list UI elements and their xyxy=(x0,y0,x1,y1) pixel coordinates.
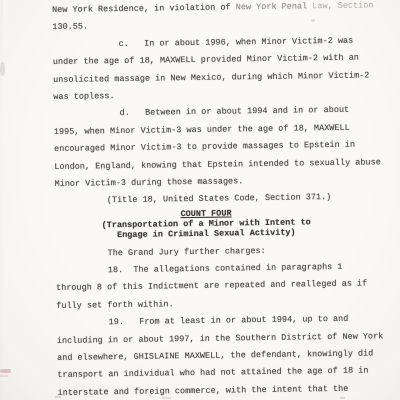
scan-edge-shading xyxy=(0,0,3,400)
doc-line-faded-text: New York Penal xyxy=(236,1,313,12)
scan-bottom-dash-artifact xyxy=(162,397,171,399)
scan-pink-mark-artifact xyxy=(0,369,11,373)
doc-line-text: New York Residence, in violation of xyxy=(52,2,236,15)
doc-line-faded-text: Law, Section xyxy=(312,0,373,11)
scan-bottom-dash-artifact xyxy=(55,396,61,398)
document-text-block: New York Residence, in violation of New … xyxy=(52,0,398,400)
scan-dot-artifact xyxy=(311,19,315,22)
scan-smudge-artifact xyxy=(0,62,5,76)
scan-bottom-dash-artifact xyxy=(340,397,345,399)
document-page: New York Residence, in violation of New … xyxy=(0,0,400,400)
scan-gray-mark-artifact xyxy=(0,375,8,377)
